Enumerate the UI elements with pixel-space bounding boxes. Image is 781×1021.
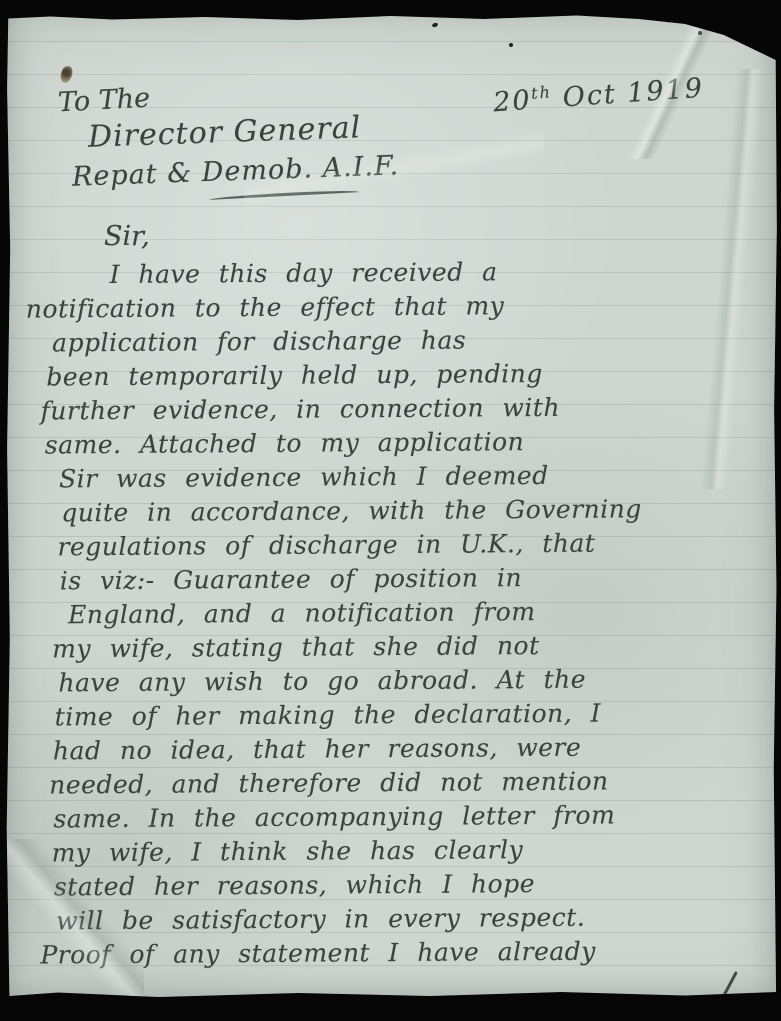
letter-body-line: have any wish to go abroad. At the	[28, 661, 768, 700]
scanned-letter-page: { "document": { "header": { "to_line": "…	[0, 0, 781, 1021]
letter-body-line: is viz:- Guarantee of position in	[28, 559, 768, 598]
ink-speck	[662, 17, 671, 23]
letter-date: 20th Oct 1919	[492, 72, 705, 119]
letter-recipient-title: Director General	[87, 110, 361, 155]
letter-body-line: Sir was evidence which I deemed	[27, 457, 767, 496]
ink-speck	[768, 22, 773, 27]
paper-stain-speck	[221, 1011, 226, 1015]
ink-speck	[431, 22, 438, 28]
paper-tear-hole	[59, 65, 73, 84]
letter-to-line: To The	[57, 83, 151, 119]
pen-mark	[721, 971, 738, 999]
letter-body-line: my wife, I think she has clearly	[30, 831, 770, 870]
letter-body-line: same. In the accompanying letter from	[29, 797, 769, 836]
letter-body-line: will be satisfactory in every respect.	[30, 899, 770, 938]
letter-salutation: Sir,	[104, 221, 150, 252]
letter-body-line: quite in accordance, with the Governing	[27, 491, 767, 530]
letter-body: I have this day received a notification …	[26, 253, 771, 972]
letter-body-line: notification to the effect that my	[26, 287, 766, 326]
date-day: 20	[492, 85, 532, 119]
letter-body-line: further evidence, in connection with	[26, 389, 766, 428]
letter-body-line: I have this day received a	[26, 253, 766, 292]
letter-body-line: application for discharge has	[26, 321, 766, 360]
date-ordinal-suffix: th	[530, 82, 552, 102]
letter-body-line: regulations of discharge in U.K., that	[27, 525, 767, 564]
letter-body-line: stated her reasons, which I hope	[30, 865, 770, 904]
letter-body-line: my wife, stating that she did not	[28, 627, 768, 666]
letter-body-line: needed, and therefore did not mention	[29, 763, 769, 802]
letter-recipient-dept: Repat & Demob. A.I.F.	[72, 150, 400, 192]
ink-speck	[509, 43, 513, 47]
letter-body-line: been temporarily held up, pending	[26, 355, 766, 394]
ink-speck	[698, 31, 702, 35]
letter-paper: To The 20th Oct 1919 Director General Re…	[4, 9, 778, 1008]
letter-body-line: had no idea, that her reasons, were	[29, 729, 769, 768]
letter-body-line: Proof of any statement I have already	[30, 933, 770, 972]
letter-body-line: same. Attached to my application	[27, 423, 767, 462]
pen-flourish-underline	[209, 189, 359, 200]
letter-body-line: England, and a notification from	[28, 593, 768, 632]
date-month-year: Oct 1919	[551, 73, 705, 115]
smudge-mark	[570, 1010, 630, 1019]
letter-body-line: time of her making the declaration, I	[29, 695, 769, 734]
